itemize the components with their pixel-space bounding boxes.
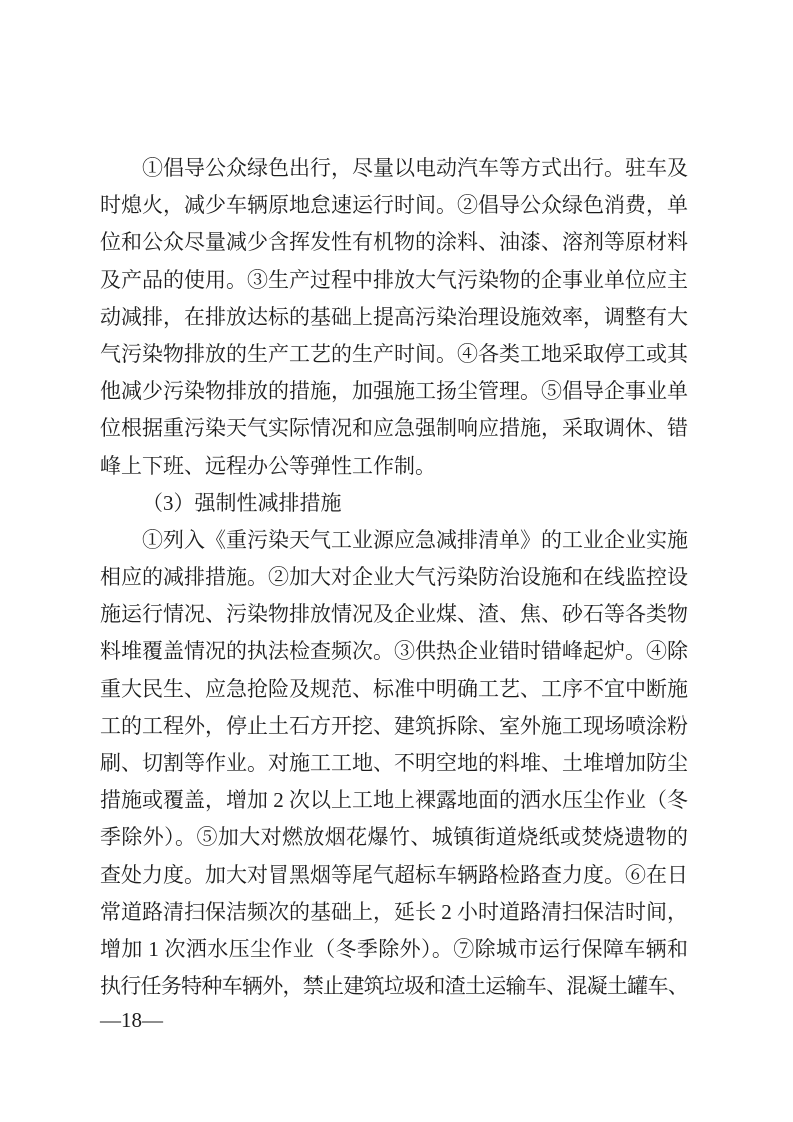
text-line: ①列入《重污染天气工业源应急减排清单》的工业企业实施 xyxy=(100,522,688,559)
text-line: 料堆覆盖情况的执法检查频次。③供热企业错时错峰起炉。④除 xyxy=(100,633,688,670)
text-line: 常道路清扫保洁频次的基础上，延长 2 小时道路清扫保洁时间， xyxy=(100,894,688,931)
document-page: ①倡导公众绿色出行，尽量以电动汽车等方式出行。驻车及时熄火，减少车辆原地怠速运行… xyxy=(0,0,793,1122)
text-line: 措施或覆盖，增加 2 次以上工地上裸露地面的洒水压尘作业（冬 xyxy=(100,782,688,819)
text-line: 动减排，在排放达标的基础上提高污染治理设施效率，调整有大 xyxy=(100,299,688,336)
text-line: 气污染物排放的生产工艺的生产时间。④各类工地采取停工或其 xyxy=(100,336,688,373)
text-line: （3）强制性减排措施 xyxy=(100,485,688,522)
text-line: 峰上下班、远程办公等弹性工作制。 xyxy=(100,448,688,485)
text-line: 增加 1 次洒水压尘作业（冬季除外）。⑦除城市运行保障车辆和 xyxy=(100,931,688,968)
text-line: 时熄火，减少车辆原地怠速运行时间。②倡导公众绿色消费，单 xyxy=(100,187,688,224)
text-line: 他减少污染物排放的措施，加强施工扬尘管理。⑤倡导企事业单 xyxy=(100,373,688,410)
text-line: 施运行情况、污染物排放情况及企业煤、渣、焦、砂石等各类物 xyxy=(100,596,688,633)
text-line: 刷、切割等作业。对施工工地、不明空地的料堆、土堆增加防尘 xyxy=(100,745,688,782)
text-line: 执行任务特种车辆外，禁止建筑垃圾和渣土运输车、混凝土罐车、 xyxy=(100,968,688,1005)
page-number: —18— xyxy=(100,1005,163,1035)
text-line: 季除外）。⑤加大对燃放烟花爆竹、城镇街道烧纸或焚烧遗物的 xyxy=(100,819,688,856)
text-line: 位根据重污染天气实际情况和应急强制响应措施，采取调休、错 xyxy=(100,410,688,447)
text-line: 查处力度。加大对冒黑烟等尾气超标车辆路检路查力度。⑥在日 xyxy=(100,857,688,894)
text-line: ①倡导公众绿色出行，尽量以电动汽车等方式出行。驻车及 xyxy=(100,150,688,187)
text-line: 重大民生、应急抢险及规范、标准中明确工艺、工序不宜中断施 xyxy=(100,671,688,708)
text-line: 位和公众尽量减少含挥发性有机物的涂料、油漆、溶剂等原材料 xyxy=(100,224,688,261)
text-line: 工的工程外，停止土石方开挖、建筑拆除、室外施工现场喷涂粉 xyxy=(100,708,688,745)
document-body: ①倡导公众绿色出行，尽量以电动汽车等方式出行。驻车及时熄火，减少车辆原地怠速运行… xyxy=(100,150,688,1005)
text-line: 相应的减排措施。②加大对企业大气污染防治设施和在线监控设 xyxy=(100,559,688,596)
text-line: 及产品的使用。③生产过程中排放大气污染物的企事业单位应主 xyxy=(100,262,688,299)
